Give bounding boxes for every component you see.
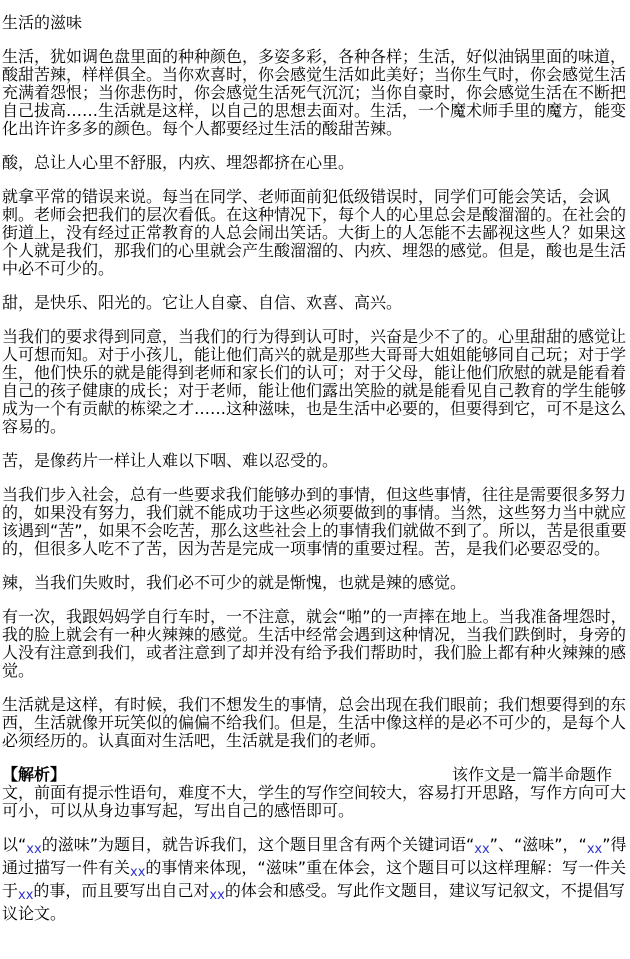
paragraph-ku-intro: 苦，是像药片一样让人难以下咽、难以忍受的。 xyxy=(2,452,629,470)
paragraph-analysis-topic: 以“xx的滋味”为题目，就告诉我们，这个题目里含有两个关键词语“xx”、“滋味”… xyxy=(2,836,629,923)
text-segment: 酸，总让人心里不舒服，内疚、埋怨都挤在心里。 xyxy=(2,153,354,172)
paragraph-ku-detail: 当我们步入社会，总有一些要求我们能够办到的事情，但这些事情，往往是需要很多努力的… xyxy=(2,486,629,558)
xx-placeholder: xx xyxy=(209,888,224,903)
essay-title: 生活的滋味 xyxy=(2,14,629,32)
text-segment: 当我们的要求得到同意，当我们的行为得到认可时，兴奋是少不了的。心里甜甜的感觉让人… xyxy=(2,327,626,436)
paragraph-opening: 生活，犹如调色盘里面的种种颜色，多姿多彩，各种各样；生活，好似油锅里面的味道，酸… xyxy=(2,48,629,138)
xx-placeholder: xx xyxy=(130,865,145,880)
essay-document: 生活的滋味 生活，犹如调色盘里面的种种颜色，多姿多彩，各种各样；生活，好似油锅里… xyxy=(0,0,630,959)
text-segment: 该作文是一篇半命题作文，前面有提示性语句，难度不大，学生的写作空间较大，容易打开… xyxy=(2,765,626,820)
text-segment: 苦，是像药片一样让人难以下咽、难以忍受的。 xyxy=(2,451,338,470)
analysis-label: 【解析】 xyxy=(2,765,66,784)
paragraph-suan-intro: 酸，总让人心里不舒服，内疚、埋怨都挤在心里。 xyxy=(2,154,629,172)
paragraph-la-intro: 辣，当我们失败时，我们必不可少的就是惭愧，也就是辣的感觉。 xyxy=(2,574,629,592)
paragraph-la-detail: 有一次，我跟妈妈学自行车时，一不注意，就会“啪”的一声摔在地上。当我准备埋怨时，… xyxy=(2,608,629,680)
xx-placeholder: xx xyxy=(474,842,489,857)
paragraph-tian-detail: 当我们的要求得到同意，当我们的行为得到认可时，兴奋是少不了的。心里甜甜的感觉让人… xyxy=(2,328,629,436)
text-segment: ”、“滋味”，“ xyxy=(490,835,587,854)
text-segment: 生活就是这样，有时候，我们不想发生的事情，总会出现在我们眼前；我们想要得到的东西… xyxy=(2,695,626,750)
text-segment: 以“ xyxy=(2,835,26,854)
paragraph-tian-intro: 甜，是快乐、阳光的。它让人自豪、自信、欢喜、高兴。 xyxy=(2,294,629,312)
text-segment: 的滋味”为题目，就告诉我们，这个题目里含有两个关键词语“ xyxy=(42,835,475,854)
xx-placeholder: xx xyxy=(26,842,41,857)
text-segment: 的事，而且要写出自己对 xyxy=(33,881,209,900)
xx-placeholder: xx xyxy=(18,888,33,903)
text-segment: 生活，犹如调色盘里面的种种颜色，多姿多彩，各种各样；生活，好似油锅里面的味道，酸… xyxy=(2,47,626,138)
paragraph-suan-detail: 就拿平常的错误来说。每当在同学、老师面前犯低级错误时，同学们可能会笑话，会讽刺。… xyxy=(2,188,629,278)
text-segment: 就拿平常的错误来说。每当在同学、老师面前犯低级错误时，同学们可能会笑话，会讽刺。… xyxy=(2,187,626,278)
analysis-gap-spacer xyxy=(66,779,452,780)
paragraph-analysis: 【解析】该作文是一篇半命题作文，前面有提示性语句，难度不大，学生的写作空间较大，… xyxy=(2,766,629,820)
xx-placeholder: xx xyxy=(587,842,602,857)
text-segment: 有一次，我跟妈妈学自行车时，一不注意，就会“啪”的一声摔在地上。当我准备埋怨时，… xyxy=(2,607,627,680)
paragraph-conclusion: 生活就是这样，有时候，我们不想发生的事情，总会出现在我们眼前；我们想要得到的东西… xyxy=(2,696,629,750)
text-segment: 辣，当我们失败时，我们必不可少的就是惭愧，也就是辣的感觉。 xyxy=(2,573,466,592)
text-segment: 甜，是快乐、阳光的。它让人自豪、自信、欢喜、高兴。 xyxy=(2,293,402,312)
text-segment: 当我们步入社会，总有一些要求我们能够办到的事情，但这些事情，往往是需要很多努力的… xyxy=(2,485,627,558)
